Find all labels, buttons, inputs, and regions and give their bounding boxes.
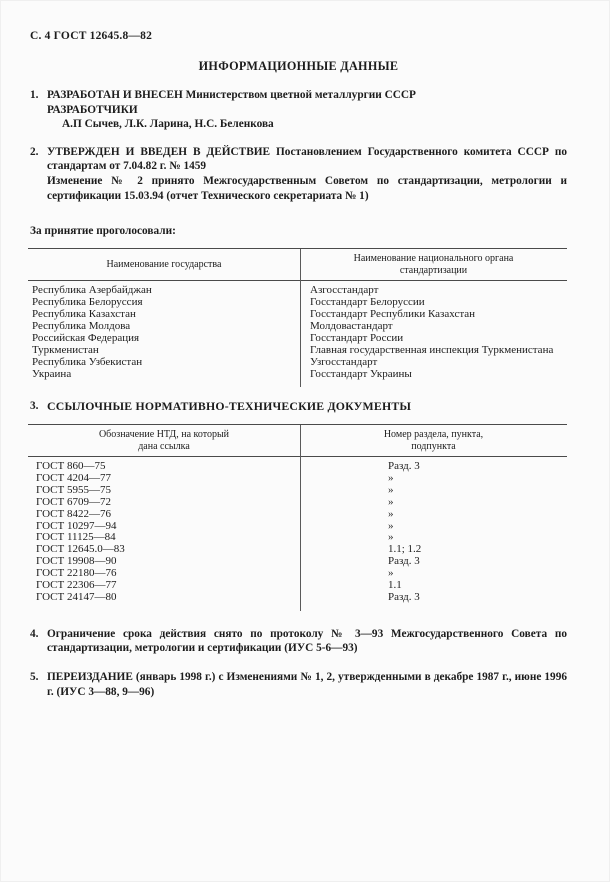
table-row: Республика Молдова Молдовастандарт [28, 321, 567, 333]
voting-table: Наименование государства Наименование на… [28, 248, 567, 387]
section-3: 3. ССЫЛОЧНЫЕ НОРМАТИВНО-ТЕХНИЧЕСКИЕ ДОКУ… [30, 399, 567, 414]
voting-table-body: Республика Азербайджан Азгосстандарт Рес… [28, 281, 567, 387]
state-cell: Республика Молдова [28, 321, 300, 333]
vote-intro: За принятие проголосовали: [30, 224, 567, 238]
developers-label: РАЗРАБОТЧИКИ [47, 103, 567, 118]
section-5: 5. ПЕРЕИЗДАНИЕ (январь 1998 г.) с Измене… [30, 670, 567, 699]
org-cell: Узгосстандарт [300, 357, 567, 369]
ntd-cell: ГОСТ 5955—75 [28, 485, 300, 497]
section-4: 4. Ограничение срока действия снято по п… [30, 627, 567, 656]
state-cell: Туркменистан [28, 345, 300, 357]
section-5-body: ПЕРЕИЗДАНИЕ (январь 1998 г.) с Изменения… [47, 670, 567, 699]
section-1: 1. РАЗРАБОТАН И ВНЕСЕН Министерством цве… [30, 88, 567, 132]
voting-col-org-header: Наименование национального органа станда… [300, 249, 567, 280]
section-2-body: УТВЕРЖДЕН И ВВЕДЕН В ДЕЙСТВИЕ Постановле… [47, 145, 567, 203]
ref-cell: Разд. 3 [300, 461, 567, 473]
section-2-text-amendment: Изменение № 2 принято Межгосударственным… [47, 174, 567, 203]
org-cell: Главная государственная инспекция Туркме… [300, 345, 567, 357]
references-table-header: Обозначение НТД, на который дана ссылка … [28, 425, 567, 457]
references-col-ntd-header: Обозначение НТД, на который дана ссылка [28, 425, 300, 456]
ref-cell: » [300, 521, 567, 533]
ntd-cell: ГОСТ 6709—72 [28, 497, 300, 509]
document-title: ИНФОРМАЦИОННЫЕ ДАННЫЕ [30, 59, 567, 73]
section-1-body: РАЗРАБОТАН И ВНЕСЕН Министерством цветно… [47, 88, 567, 132]
ref-cell: 1.1 [300, 580, 567, 592]
references-table: Обозначение НТД, на который дана ссылка … [28, 424, 567, 611]
section-4-number: 4. [30, 627, 47, 656]
section-3-title: ССЫЛОЧНЫЕ НОРМАТИВНО-ТЕХНИЧЕСКИЕ ДОКУМЕН… [47, 399, 567, 414]
ref-cell: » [300, 509, 567, 521]
ref-cell: Разд. 3 [300, 592, 567, 604]
state-cell: Российская Федерация [28, 333, 300, 345]
org-cell: Госстандарт Украины [300, 369, 567, 381]
ref-cell: » [300, 485, 567, 497]
section-4-text: Ограничение срока действия снято по прот… [47, 627, 567, 656]
table-row: ГОСТ 24147—80 Разд. 3 [28, 592, 567, 604]
section-5-text: ПЕРЕИЗДАНИЕ (январь 1998 г.) с Изменения… [47, 670, 567, 699]
section-5-number: 5. [30, 670, 47, 699]
references-col-ref-header: Номер раздела, пункта, подпункта [300, 425, 567, 456]
voting-col-state-header: Наименование государства [28, 249, 300, 280]
ref-cell: Разд. 3 [300, 556, 567, 568]
developers-names: А.П Сычев, Л.К. Ларина, Н.С. Беленкова [47, 117, 567, 132]
state-cell: Республика Узбекистан [28, 357, 300, 369]
ref-cell: » [300, 532, 567, 544]
ntd-cell: ГОСТ 8422—76 [28, 509, 300, 521]
section-2-number: 2. [30, 145, 47, 203]
column-divider-line [300, 249, 301, 387]
column-divider-line [300, 425, 301, 611]
ref-cell: » [300, 568, 567, 580]
section-2: 2. УТВЕРЖДЕН И ВВЕДЕН В ДЕЙСТВИЕ Постано… [30, 145, 567, 203]
table-row: Российская Федерация Госстандарт России [28, 333, 567, 345]
org-cell: Госстандарт России [300, 333, 567, 345]
ntd-cell: ГОСТ 24147—80 [28, 592, 300, 604]
page-header: С. 4 ГОСТ 12645.8—82 [30, 29, 567, 43]
table-row: Республика Узбекистан Узгосстандарт [28, 357, 567, 369]
voting-table-header: Наименование государства Наименование на… [28, 249, 567, 281]
table-row: Украина Госстандарт Украины [28, 369, 567, 381]
section-1-number: 1. [30, 88, 47, 132]
section-3-number: 3. [30, 399, 47, 414]
table-row: ГОСТ 5955—75 » [28, 485, 567, 497]
section-1-text: РАЗРАБОТАН И ВНЕСЕН Министерством цветно… [47, 88, 567, 103]
section-2-text-approved: УТВЕРЖДЕН И ВВЕДЕН В ДЕЙСТВИЕ Постановле… [47, 145, 567, 174]
section-4-body: Ограничение срока действия снято по прот… [47, 627, 567, 656]
ref-cell: » [300, 473, 567, 485]
table-row: Туркменистан Главная государственная инс… [28, 345, 567, 357]
table-row: ГОСТ 8422—76 » [28, 509, 567, 521]
state-cell: Украина [28, 369, 300, 381]
document-page: С. 4 ГОСТ 12645.8—82 ИНФОРМАЦИОННЫЕ ДАНН… [0, 0, 610, 882]
references-table-body: ГОСТ 860—75 Разд. 3 ГОСТ 4204—77 » ГОСТ … [28, 457, 567, 611]
ref-cell: » [300, 497, 567, 509]
table-row: ГОСТ 6709—72 » [28, 497, 567, 509]
org-cell: Молдовастандарт [300, 321, 567, 333]
ref-cell: 1.1; 1.2 [300, 544, 567, 556]
